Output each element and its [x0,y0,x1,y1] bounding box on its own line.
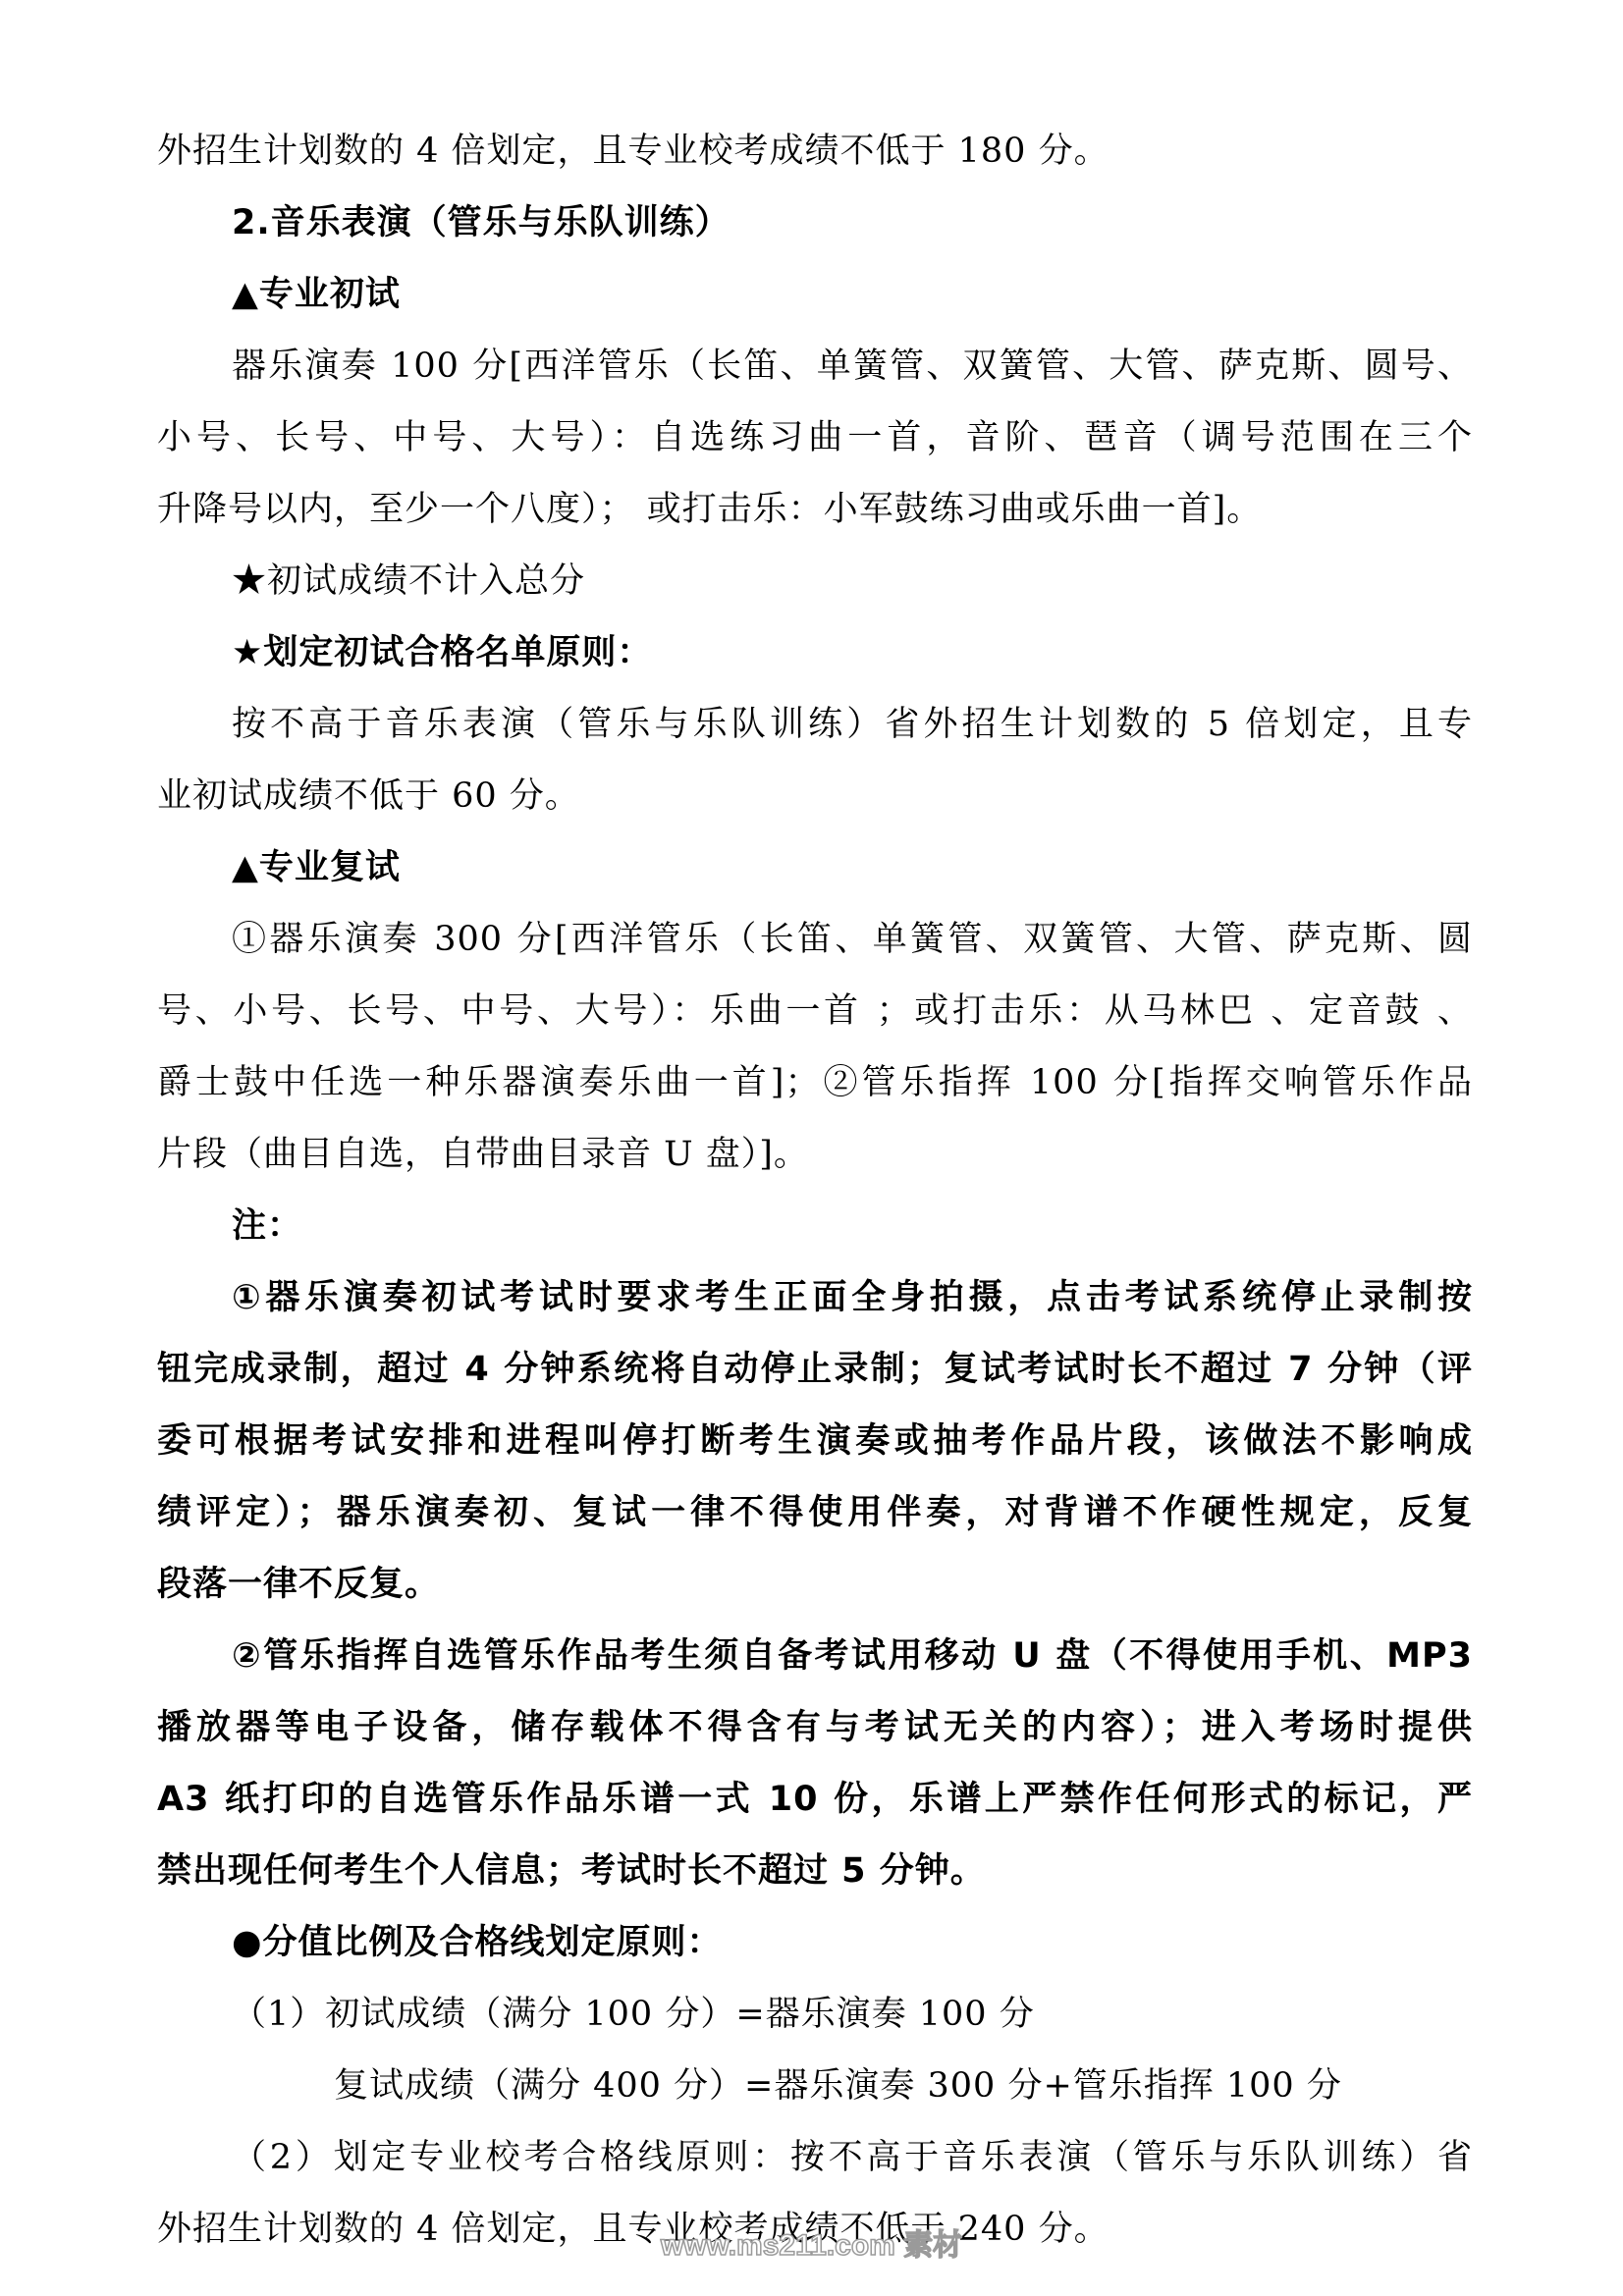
note-heading: 注： [157,1191,1473,1262]
subheading-preliminary-exam: ▲专业初试 [157,259,1473,331]
paragraph-line: 小号、长号、中号、大号）：自选练习曲一首，音阶、琶音（调号范围在三个 [157,402,1473,474]
note-paragraph-line: 播放器等电子设备，储存载体不得含有与考试无关的内容）；进入考场时提供 [157,1692,1473,1764]
paragraph-line: ①器乐演奏 300 分[西洋管乐（长笛、单簧管、双簧管、大管、萨克斯、圆 [157,904,1473,976]
note-paragraph-line: 钮完成录制，超过 4 分钟系统将自动停止录制；复试考试时长不超过 7 分钟（评 [157,1334,1473,1406]
paragraph-line: 号、小号、长号、中号、大号）：乐曲一首 ；或打击乐：从马林巴 、定音鼓 、 [157,976,1473,1047]
score-formula-second: 复试成绩（满分 400 分）=器乐演奏 300 分+管乐指挥 100 分 [157,2051,1473,2122]
paragraph-line: 按不高于音乐表演（管乐与乐队训练）省外招生计划数的 5 倍划定，且专 [157,689,1473,761]
paragraph-line: 外招生计划数的 4 倍划定，且专业校考成绩不低于 180 分。 [157,116,1473,187]
note-paragraph-line: A3 纸打印的自选管乐作品乐谱一式 10 份，乐谱上严禁作任何形式的标记，严 [157,1764,1473,1836]
note-paragraph-line: 段落一律不反复。 [157,1549,1473,1621]
note-paragraph-line: ②管乐指挥自选管乐作品考生须自备考试用移动 U 盘（不得使用手机、MP3 [157,1621,1473,1692]
score-formula-preliminary: （1）初试成绩（满分 100 分）=器乐演奏 100 分 [157,1979,1473,2051]
note-paragraph-line: 绩评定）；器乐演奏初、复试一律不得使用伴奏，对背谱不作硬性规定，反复 [157,1477,1473,1549]
note-paragraph-line: ①器乐演奏初试考试时要求考生正面全身拍摄，点击考试系统停止录制按 [157,1262,1473,1334]
note-paragraph-line: 委可根据考试安排和进程叫停打断考生演奏或抽考作品片段，该做法不影响成 [157,1406,1473,1477]
paragraph-line: 业初试成绩不低于 60 分。 [157,761,1473,832]
section-heading-music-performance: 2.音乐表演（管乐与乐队训练） [157,187,1473,259]
paragraph-line: 器乐演奏 100 分[西洋管乐（长笛、单簧管、双簧管、大管、萨克斯、圆号、 [157,331,1473,402]
document-page: 外招生计划数的 4 倍划定，且专业校考成绩不低于 180 分。 2.音乐表演（管… [157,116,1473,2266]
note-preliminary-score: ★初试成绩不计入总分 [157,546,1473,617]
note-paragraph-line: 禁出现任何考生个人信息；考试时长不超过 5 分钟。 [157,1836,1473,1907]
subheading-qualification-principle: ★划定初试合格名单原则： [157,617,1473,689]
subheading-second-exam: ▲专业复试 [157,832,1473,904]
subheading-score-ratio: ●分值比例及合格线划定原则： [157,1907,1473,1979]
page-number: 7 [0,2140,1623,2165]
watermark: www.ms211.com 素材 [0,2220,1623,2264]
paragraph-line: 片段（曲目自选，自带曲目录音 U 盘）]。 [157,1119,1473,1191]
paragraph-line: 升降号以内，至少一个八度）； 或打击乐：小军鼓练习曲或乐曲一首]。 [157,474,1473,546]
paragraph-line: 爵士鼓中任选一种乐器演奏乐曲一首]；②管乐指挥 100 分[指挥交响管乐作品 [157,1047,1473,1119]
